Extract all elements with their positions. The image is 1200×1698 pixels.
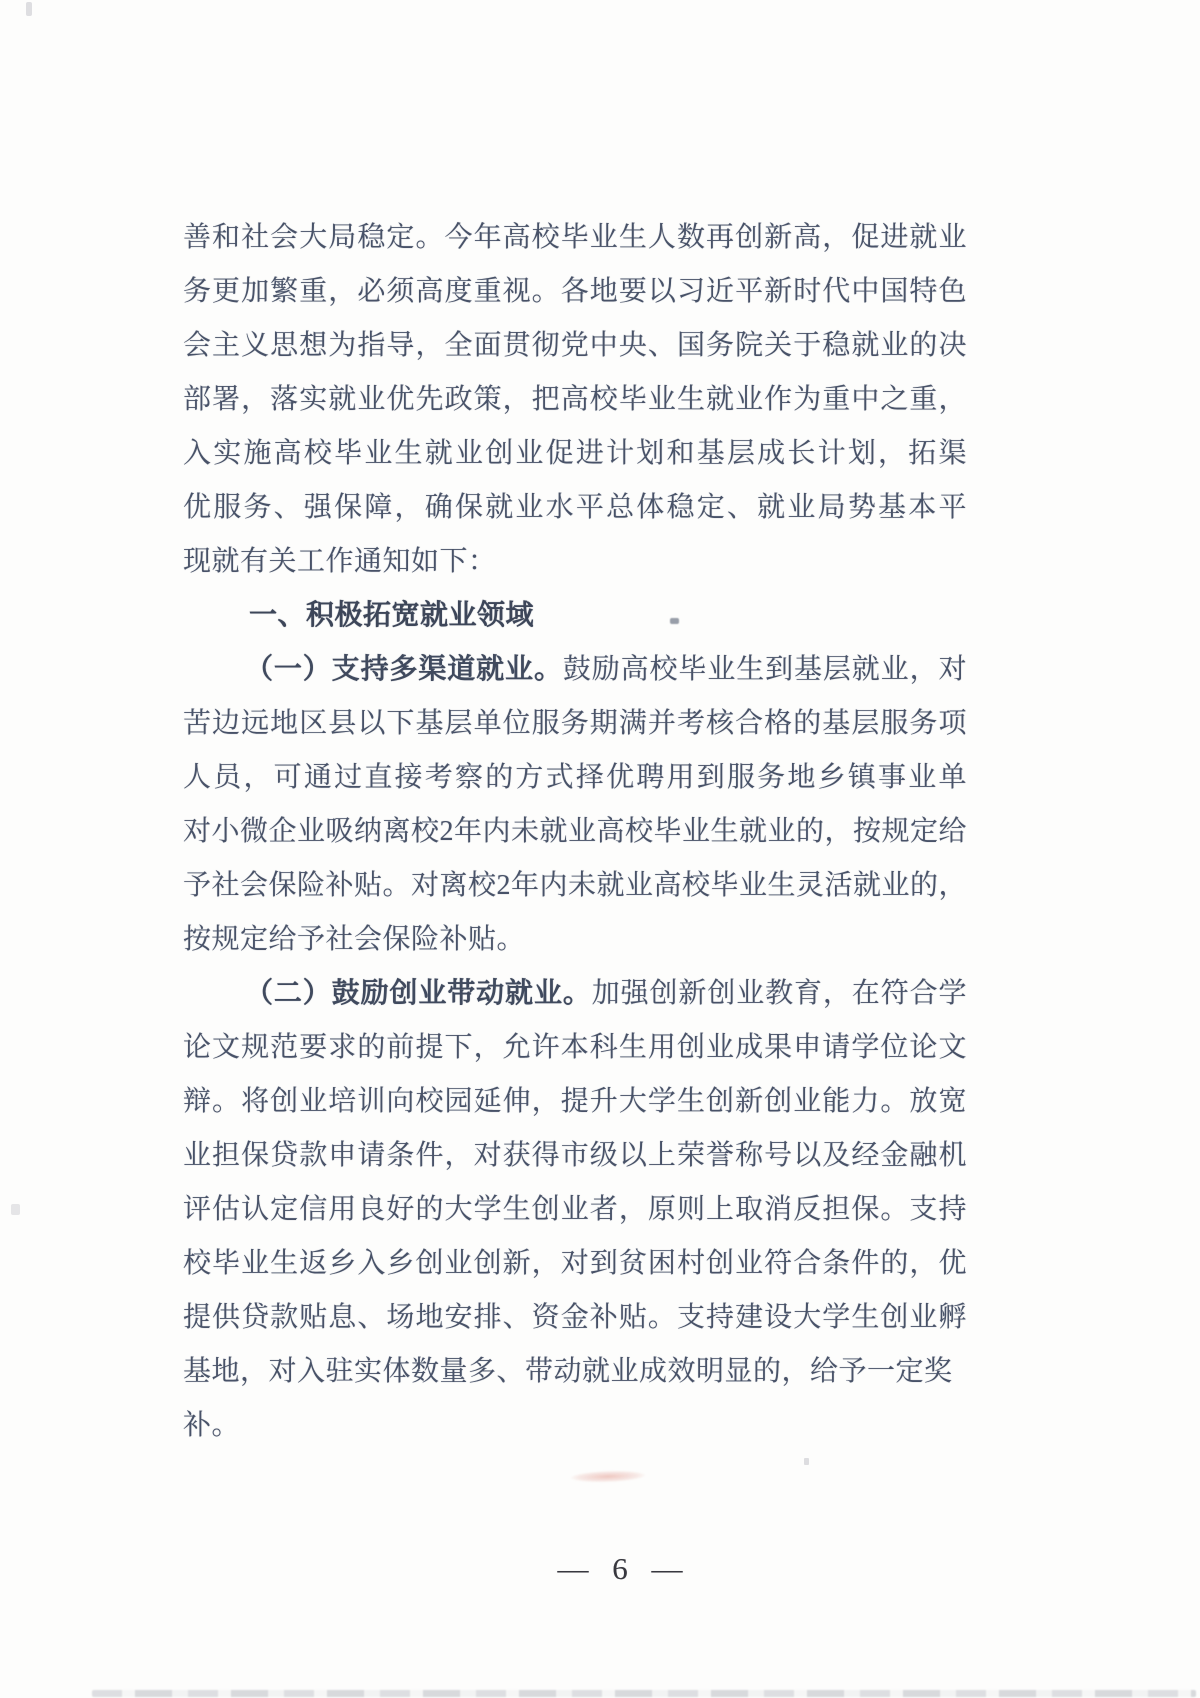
section-heading: 一、积极拓宽就业领域 bbox=[183, 589, 967, 643]
text-line: 优服务、强保障，确保就业水平总体稳定、就业局势基本平稳。 bbox=[183, 481, 967, 535]
text-line: 善和社会大局稳定。今年高校毕业生人数再创新高，促进就业任 bbox=[183, 211, 967, 265]
scan-ink-dot bbox=[670, 618, 679, 624]
scan-speckle bbox=[26, 2, 32, 16]
document-text-block: 善和社会大局稳定。今年高校毕业生人数再创新高，促进就业任 务更加繁重，必须高度重… bbox=[183, 211, 967, 1453]
scan-smudge-mark bbox=[571, 1470, 645, 1484]
text-line: 人员，可通过直接考察的方式择优聘用到服务地乡镇事业单位。 bbox=[183, 751, 967, 805]
text-line: 补。 bbox=[183, 1399, 967, 1453]
scan-speckle bbox=[804, 1458, 809, 1465]
document-page: 善和社会大局稳定。今年高校毕业生人数再创新高，促进就业任 务更加繁重，必须高度重… bbox=[0, 0, 1200, 1698]
text-line: 基地，对入驻实体数量多、带动就业成效明显的，给予一定奖 bbox=[183, 1345, 967, 1399]
text-line: 务更加繁重，必须高度重视。各地要以习近平新时代中国特色社 bbox=[183, 265, 967, 319]
text-line: 予社会保险补贴。对离校2年内未就业高校毕业生灵活就业的， bbox=[183, 859, 967, 913]
text-line: 苦边远地区县以下基层单位服务期满并考核合格的基层服务项目 bbox=[183, 697, 967, 751]
scan-speckle bbox=[11, 1204, 20, 1215]
text-line: 校毕业生返乡入乡创业创新，对到贫困村创业符合条件的，优先 bbox=[183, 1237, 967, 1291]
text-line: 入实施高校毕业生就业创业促进计划和基层成长计划，拓渠道、 bbox=[183, 427, 967, 481]
text-line: 现就有关工作通知如下： bbox=[183, 535, 967, 589]
text-line: （二）鼓励创业带动就业。加强创新创业教育，在符合学位 bbox=[183, 967, 967, 1021]
text-line: 提供贷款贴息、场地安排、资金补贴。支持建设大学生创业孵化 bbox=[183, 1291, 967, 1345]
page-number: — 6 — bbox=[24, 1551, 1200, 1587]
text-line: 评估认定信用良好的大学生创业者，原则上取消反担保。支持高 bbox=[183, 1183, 967, 1237]
text-line: 部署，落实就业优先政策，把高校毕业生就业作为重中之重，深 bbox=[183, 373, 967, 427]
text-line: 业担保贷款申请条件，对获得市级以上荣誉称号以及经金融机构 bbox=[183, 1129, 967, 1183]
scan-noise-strip bbox=[92, 1690, 1196, 1697]
text-line: 论文规范要求的前提下，允许本科生用创业成果申请学位论文答 bbox=[183, 1021, 967, 1075]
text-line: 对小微企业吸纳离校2年内未就业高校毕业生就业的，按规定给 bbox=[183, 805, 967, 859]
text-line: 按规定给予社会保险补贴。 bbox=[183, 913, 967, 967]
text-line: （一）支持多渠道就业。鼓励高校毕业生到基层就业，对艰 bbox=[183, 643, 967, 697]
text-line: 辩。将创业培训向校园延伸，提升大学生创新创业能力。放宽创 bbox=[183, 1075, 967, 1129]
text-line: 会主义思想为指导，全面贯彻党中央、国务院关于稳就业的决策 bbox=[183, 319, 967, 373]
